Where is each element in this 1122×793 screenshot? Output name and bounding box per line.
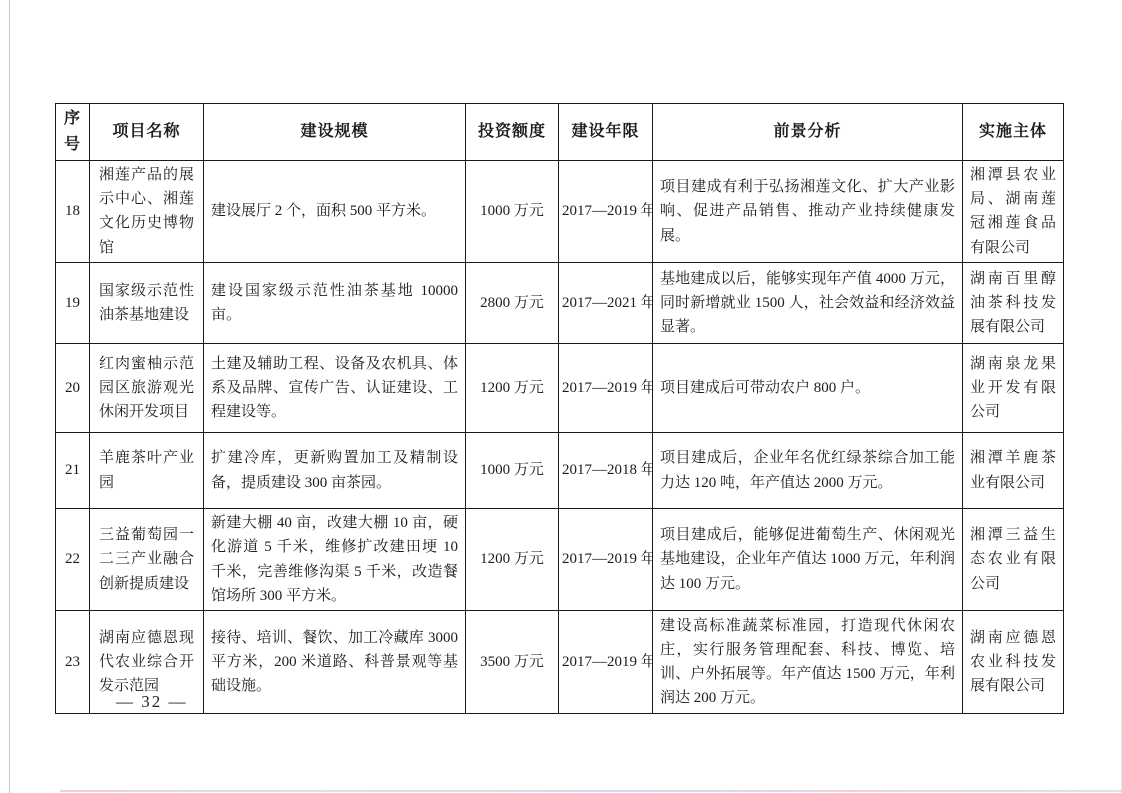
cell-seq: 21 [56, 433, 90, 509]
cell-investment: 1000 万元 [466, 433, 559, 509]
cell-construction-scale: 土建及辅助工程、设备及农机具、体系及品牌、宣传广告、认证建设、工程建设等。 [204, 344, 466, 433]
cell-prospect-analysis: 项目建成后，能够促进葡萄生产、休闲观光基地建设，企业年产值达 1000 万元，年… [653, 509, 963, 611]
cell-investment: 1200 万元 [466, 509, 559, 611]
cell-construction-scale: 新建大棚 40 亩，改建大棚 10 亩，硬化游道 5 千米，维修扩改建田埂 10… [204, 509, 466, 611]
cell-implementing-entity: 湘潭羊鹿茶业有限公司 [963, 433, 1064, 509]
cell-prospect-analysis: 项目建成后，企业年名优红绿茶综合加工能力达 120 吨，年产值达 2000 万元… [653, 433, 963, 509]
scan-left-edge-line [9, 0, 10, 793]
page-number: — 32 — [116, 692, 188, 712]
cell-prospect-analysis: 建设高标准蔬菜标准园，打造现代休闲农庄，实行服务管理配套、科技、博览、培训、户外… [653, 611, 963, 714]
cell-seq: 18 [56, 160, 90, 262]
table-row: 19 国家级示范性油茶基地建设 建设国家级示范性油茶基地 10000 亩。 28… [56, 263, 1064, 344]
cell-investment: 1000 万元 [466, 160, 559, 262]
cell-construction-years: 2017—2019 年 [559, 344, 653, 433]
column-header-seq: 序号 [56, 104, 90, 161]
cell-construction-scale: 建设展厅 2 个，面积 500 平方米。 [204, 160, 466, 262]
cell-implementing-entity: 湘潭县农业局、湖南莲冠湘莲食品有限公司 [963, 160, 1064, 262]
cell-seq: 19 [56, 263, 90, 344]
cell-project-name: 红肉蜜柚示范园区旅游观光休闲开发项目 [90, 344, 204, 433]
cell-investment: 3500 万元 [466, 611, 559, 714]
table-row: 22 三益葡萄园一二三产业融合创新提质建设 新建大棚 40 亩，改建大棚 10 … [56, 509, 1064, 611]
cell-prospect-analysis: 项目建成后可带动农户 800 户。 [653, 344, 963, 433]
cell-prospect-analysis: 项目建成有利于弘扬湘莲文化、扩大产业影响、促进产品销售、推动产业持续健康发展。 [653, 160, 963, 262]
cell-project-name: 湘莲产品的展示中心、湘莲文化历史博物馆 [90, 160, 204, 262]
cell-implementing-entity: 湖南泉龙果业开发有限公司 [963, 344, 1064, 433]
table-row: 18 湘莲产品的展示中心、湘莲文化历史博物馆 建设展厅 2 个，面积 500 平… [56, 160, 1064, 262]
cell-investment: 2800 万元 [466, 263, 559, 344]
column-header-construction-years: 建设年限 [559, 104, 653, 161]
cell-construction-years: 2017—2021 年 [559, 263, 653, 344]
cell-construction-scale: 建设国家级示范性油茶基地 10000 亩。 [204, 263, 466, 344]
table-row: 20 红肉蜜柚示范园区旅游观光休闲开发项目 土建及辅助工程、设备及农机具、体系及… [56, 344, 1064, 433]
cell-implementing-entity: 湖南应德恩农业科技发展有限公司 [963, 611, 1064, 714]
table-row: 21 羊鹿茶叶产业园 扩建冷库，更新购置加工及精制设备，提质建设 300 亩茶园… [56, 433, 1064, 509]
cell-implementing-entity: 湘潭三益生态农业有限公司 [963, 509, 1064, 611]
cell-construction-scale: 接待、培训、餐饮、加工冷藏库 3000 平方米，200 米道路、科普景观等基础设… [204, 611, 466, 714]
projects-table: 序号 项目名称 建设规模 投资额度 建设年限 前景分析 实施主体 18 湘莲产品… [55, 103, 1064, 714]
column-header-construction-scale: 建设规模 [204, 104, 466, 161]
cell-construction-years: 2017—2019 年 [559, 611, 653, 714]
column-header-implementing-entity: 实施主体 [963, 104, 1064, 161]
table-row: 23 湖南应德恩现代农业综合开发示范园 接待、培训、餐饮、加工冷藏库 3000 … [56, 611, 1064, 714]
cell-construction-years: 2017—2018 年 [559, 433, 653, 509]
cell-project-name: 国家级示范性油茶基地建设 [90, 263, 204, 344]
scan-bottom-edge-line [60, 790, 1122, 792]
column-header-project-name: 项目名称 [90, 104, 204, 161]
cell-project-name: 三益葡萄园一二三产业融合创新提质建设 [90, 509, 204, 611]
cell-seq: 23 [56, 611, 90, 714]
column-header-prospect-analysis: 前景分析 [653, 104, 963, 161]
cell-construction-years: 2017—2019 年 [559, 509, 653, 611]
cell-project-name: 羊鹿茶叶产业园 [90, 433, 204, 509]
cell-investment: 1200 万元 [466, 344, 559, 433]
cell-seq: 22 [56, 509, 90, 611]
cell-construction-years: 2017—2019 年 [559, 160, 653, 262]
cell-construction-scale: 扩建冷库，更新购置加工及精制设备，提质建设 300 亩茶园。 [204, 433, 466, 509]
cell-seq: 20 [56, 344, 90, 433]
table-header-row: 序号 项目名称 建设规模 投资额度 建设年限 前景分析 实施主体 [56, 104, 1064, 161]
cell-implementing-entity: 湖南百里醇油茶科技发展有限公司 [963, 263, 1064, 344]
column-header-investment: 投资额度 [466, 104, 559, 161]
cell-prospect-analysis: 基地建成以后，能够实现年产值 4000 万元，同时新增就业 1500 人，社会效… [653, 263, 963, 344]
